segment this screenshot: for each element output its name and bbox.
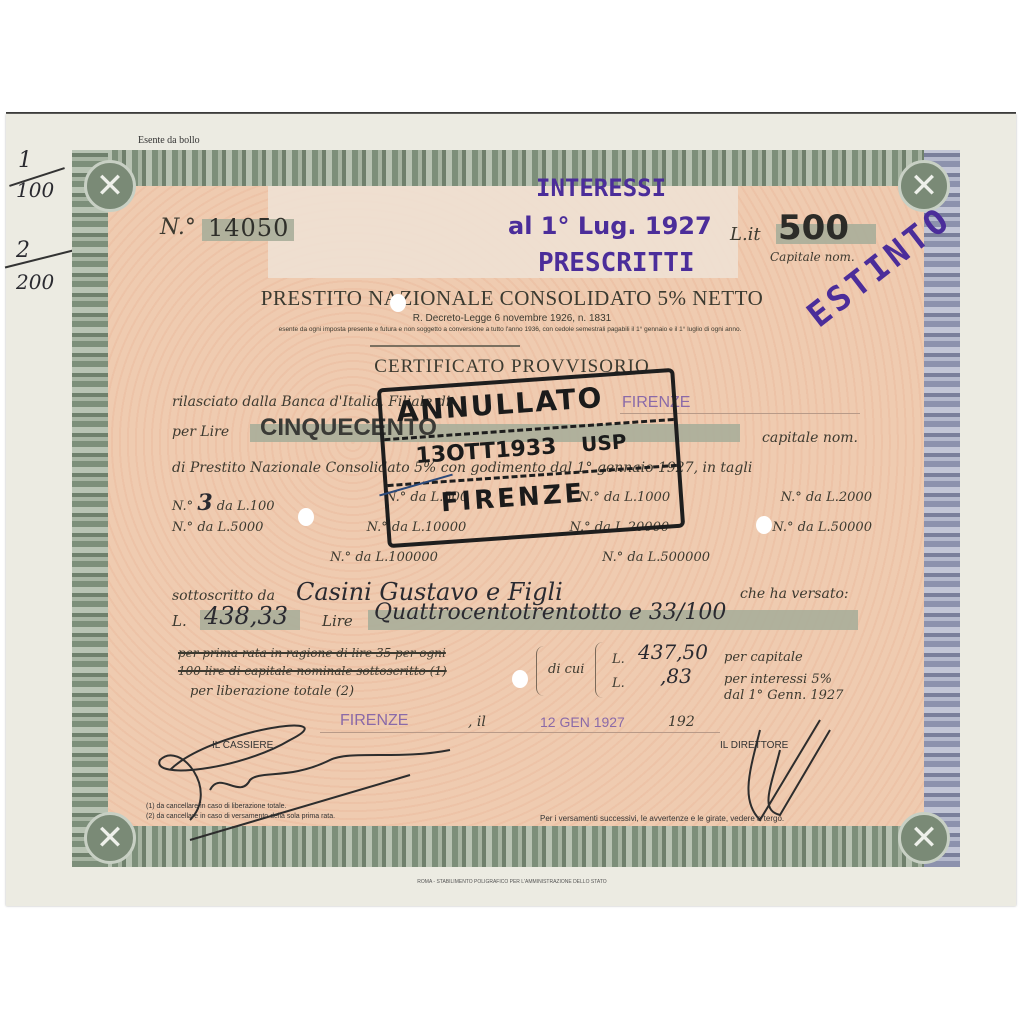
number-label: N.° bbox=[160, 215, 196, 240]
amount-caption: Capitale nom. bbox=[770, 250, 855, 264]
interest-amount: ,83 bbox=[660, 664, 692, 688]
denominations-row-3: N.° da L.100000 N.° da L.500000 bbox=[330, 550, 710, 565]
margin-fraction-1-top: 1 bbox=[18, 148, 32, 173]
brace bbox=[536, 646, 545, 696]
annulled-stamp-title: ANNULLATO bbox=[395, 381, 604, 428]
paid-amount-words: Quattrocentotrentotto e 33/100 bbox=[374, 600, 726, 625]
date-prefix: , il bbox=[468, 714, 486, 730]
punch-hole bbox=[390, 294, 406, 312]
per-lire-label: per Lire bbox=[172, 424, 229, 440]
capital-currency-label: L. bbox=[612, 652, 625, 667]
interest-rate-label: per interessi 5% bbox=[724, 672, 832, 687]
punch-hole bbox=[512, 670, 528, 688]
border-top-ornament bbox=[72, 150, 960, 186]
denom-2000: N.° da L.2000 bbox=[781, 490, 872, 516]
capital-amount: 437,50 bbox=[638, 640, 708, 664]
footnote-2: (2) da cancellare in caso di versamento … bbox=[146, 813, 335, 820]
annulled-stamp: ANNULLATO 13OTT1933 USP FIRENZE bbox=[377, 368, 685, 548]
instructions-note: Per i versamenti successivi, le avverten… bbox=[540, 814, 784, 823]
margin-fraction-2-top: 2 bbox=[16, 238, 30, 263]
director-signature bbox=[720, 710, 840, 830]
paid-label: che ha versato: bbox=[740, 586, 849, 602]
border-right-ornament bbox=[924, 150, 960, 867]
first-installment-line-1: per prima rata in ragione di lire 35 per… bbox=[178, 646, 446, 660]
interest-stamp-line-3: PRESCRITTI bbox=[538, 248, 695, 278]
savoy-cross-icon: ✕ bbox=[84, 160, 136, 212]
interest-currency-label: L. bbox=[612, 676, 625, 691]
full-payment-label: per liberazione totale (2) bbox=[190, 684, 354, 699]
denom-50000: N.° da L.50000 bbox=[772, 520, 872, 535]
first-installment-line-2: 100 lire di capitale nominale sottoscrit… bbox=[178, 664, 447, 678]
esente-da-bollo: Esente da bollo bbox=[138, 135, 200, 146]
capitale-nom-label: capitale nom. bbox=[762, 430, 858, 446]
year-prefix: 192 bbox=[668, 714, 695, 730]
lire-label: Lire bbox=[322, 612, 353, 630]
amount-label: L.it bbox=[730, 224, 761, 245]
denom-500000: N.° da L.500000 bbox=[602, 550, 710, 565]
annulled-stamp-date: 13OTT1933 bbox=[415, 434, 557, 469]
savoy-cross-icon: ✕ bbox=[898, 812, 950, 864]
divider bbox=[370, 345, 520, 347]
issue-date-stamp: 12 GEN 1927 bbox=[540, 714, 625, 730]
footnote-1: (1) da cancellare in caso di liberazione… bbox=[146, 803, 286, 810]
denom-5000: N.° da L.5000 bbox=[172, 520, 263, 535]
denom-100: N.° 3 da L.100 bbox=[172, 490, 275, 516]
brace bbox=[595, 642, 604, 698]
tax-exemption-text: esente da ogni imposta presente e futura… bbox=[180, 326, 840, 333]
interest-stamp-line-2: al 1° Lug. 1927 bbox=[508, 212, 712, 240]
paid-currency-label: L. bbox=[172, 612, 187, 630]
interest-start-date: dal 1° Genn. 1927 bbox=[724, 688, 843, 703]
punch-hole bbox=[756, 516, 772, 534]
certificate-subtitle: CERTIFICATO PROVVISORIO bbox=[0, 356, 1024, 378]
savoy-cross-icon: ✕ bbox=[84, 812, 136, 864]
certificate-number: 14050 bbox=[208, 214, 289, 242]
denom-100000: N.° da L.100000 bbox=[330, 550, 438, 565]
per-capital-label: per capitale bbox=[724, 650, 803, 665]
interest-stamp-line-1: INTERESSI bbox=[536, 174, 666, 202]
border-left-ornament bbox=[72, 150, 108, 867]
cashier-signature bbox=[150, 700, 470, 850]
annulled-stamp-code: USP bbox=[580, 429, 627, 456]
annulled-stamp-city: FIRENZE bbox=[440, 478, 586, 518]
printer-imprint: ROMA - STABILIMENTO POLIGRAFICO PER L'AM… bbox=[0, 879, 1024, 885]
of-which-label: di cui bbox=[548, 662, 584, 677]
decree-reference: R. Decreto-Legge 6 novembre 1926, n. 183… bbox=[0, 313, 1024, 324]
punch-hole bbox=[298, 508, 314, 526]
nominal-amount: 500 bbox=[778, 208, 849, 248]
savoy-cross-icon: ✕ bbox=[898, 160, 950, 212]
paid-amount: 438,33 bbox=[204, 602, 288, 630]
margin-fraction-1-bottom: 100 bbox=[16, 178, 54, 202]
